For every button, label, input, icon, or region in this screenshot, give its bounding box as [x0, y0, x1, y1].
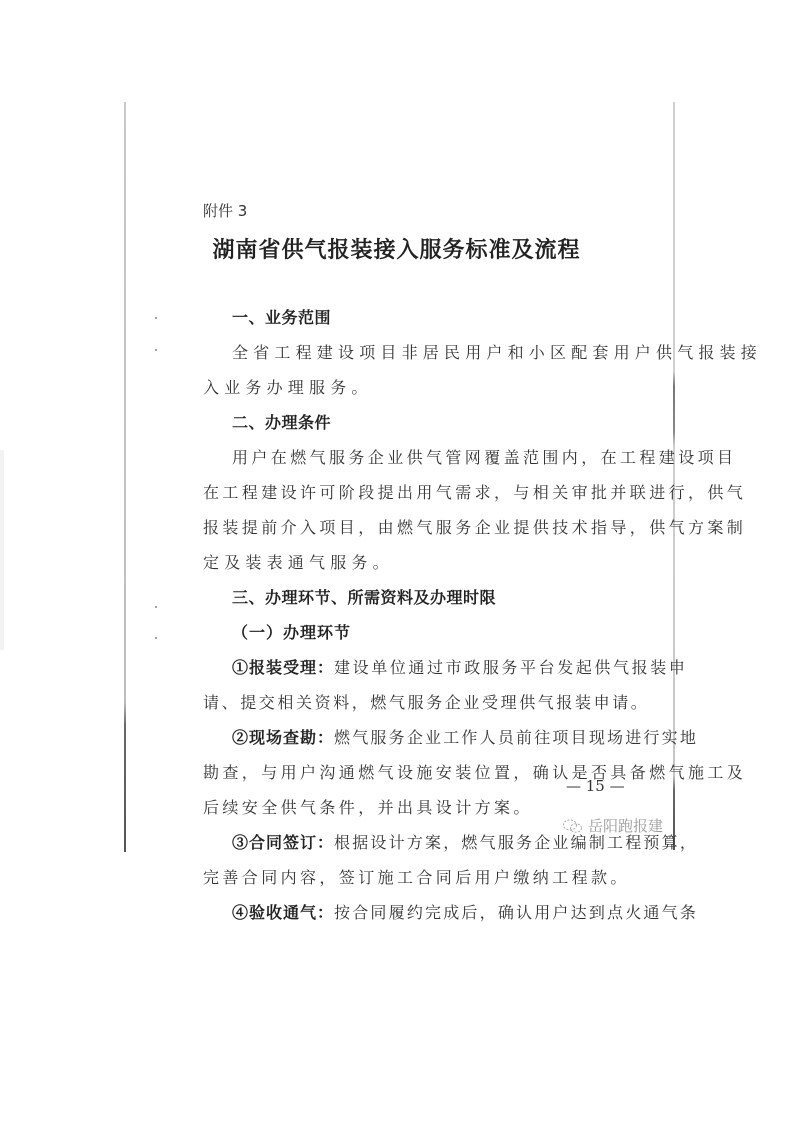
step-line: 勘查，与用户沟通燃气设施安装位置，确认是否具备燃气施工及 — [203, 755, 605, 790]
scanned-document-page: 附件 3 湖南省供气报装接入服务标准及流程 一、业务范围 全省工程建设项目非居民… — [0, 0, 793, 1121]
watermark: 岳阳跑报建 — [562, 815, 663, 836]
scan-speck — [155, 606, 157, 608]
step-line: ②现场查勘：燃气服务企业工作人员前往项目现场进行实地 — [203, 720, 605, 755]
paragraph-line: 报装提前介入项目，由燃气服务企业提供技术指导，供气方案制 — [203, 510, 605, 545]
step-text: 建设单位通过市政服务平台发起供气报装申 — [334, 658, 687, 677]
step-line: ③合同签订：根据设计方案，燃气服务企业编制工程预算， — [203, 825, 605, 860]
paragraph-line: 入业务办理服务。 — [203, 370, 605, 405]
scan-edge-shadow — [0, 450, 4, 650]
paragraph-line: 全省工程建设项目非居民用户和小区配套用户供气报装接 — [203, 335, 605, 370]
section-heading: 一、业务范围 — [203, 300, 605, 335]
page-number: — 15 — — [566, 777, 625, 795]
step-line: 后续安全供气条件，并出具设计方案。 — [203, 790, 605, 825]
step-text: 按合同履约完成后，确认用户达到点火通气条 — [334, 903, 698, 922]
step-line: ①报装受理：建设单位通过市政服务平台发起供气报装申 — [203, 650, 605, 685]
step-line: ④验收通气：按合同履约完成后，确认用户达到点火通气条 — [203, 895, 605, 930]
watermark-text: 岳阳跑报建 — [588, 815, 663, 836]
step-label: ③合同签订： — [232, 833, 334, 852]
section-heading: 二、办理条件 — [203, 405, 605, 440]
annex-label: 附件 3 — [203, 200, 247, 221]
step-line: 请、提交相关资料，燃气服务企业受理供气报装申请。 — [203, 685, 605, 720]
step-label: ①报装受理： — [232, 658, 334, 677]
scan-speck — [155, 637, 157, 639]
page-border-left — [124, 102, 126, 852]
wechat-icon — [562, 818, 584, 834]
document-body: 一、业务范围 全省工程建设项目非居民用户和小区配套用户供气报装接 入业务办理服务… — [203, 300, 605, 930]
subsection-heading: （一）办理环节 — [203, 615, 605, 650]
scan-speck — [155, 317, 157, 319]
document-title: 湖南省供气报装接入服务标准及流程 — [0, 233, 793, 264]
step-text: 燃气服务企业工作人员前往项目现场进行实地 — [334, 728, 698, 747]
paragraph-line: 在工程建设许可阶段提出用气需求，与相关审批并联进行，供气 — [203, 475, 605, 510]
step-label: ④验收通气： — [232, 903, 334, 922]
section-heading: 三、办理环节、所需资料及办理时限 — [203, 580, 605, 615]
step-line: 完善合同内容，签订施工合同后用户缴纳工程款。 — [203, 860, 605, 895]
paragraph-line: 用户在燃气服务企业供气管网覆盖范围内，在工程建设项目 — [203, 440, 605, 475]
step-label: ②现场查勘： — [232, 728, 334, 747]
paragraph-line: 定及装表通气服务。 — [203, 545, 605, 580]
scan-speck — [155, 349, 157, 351]
